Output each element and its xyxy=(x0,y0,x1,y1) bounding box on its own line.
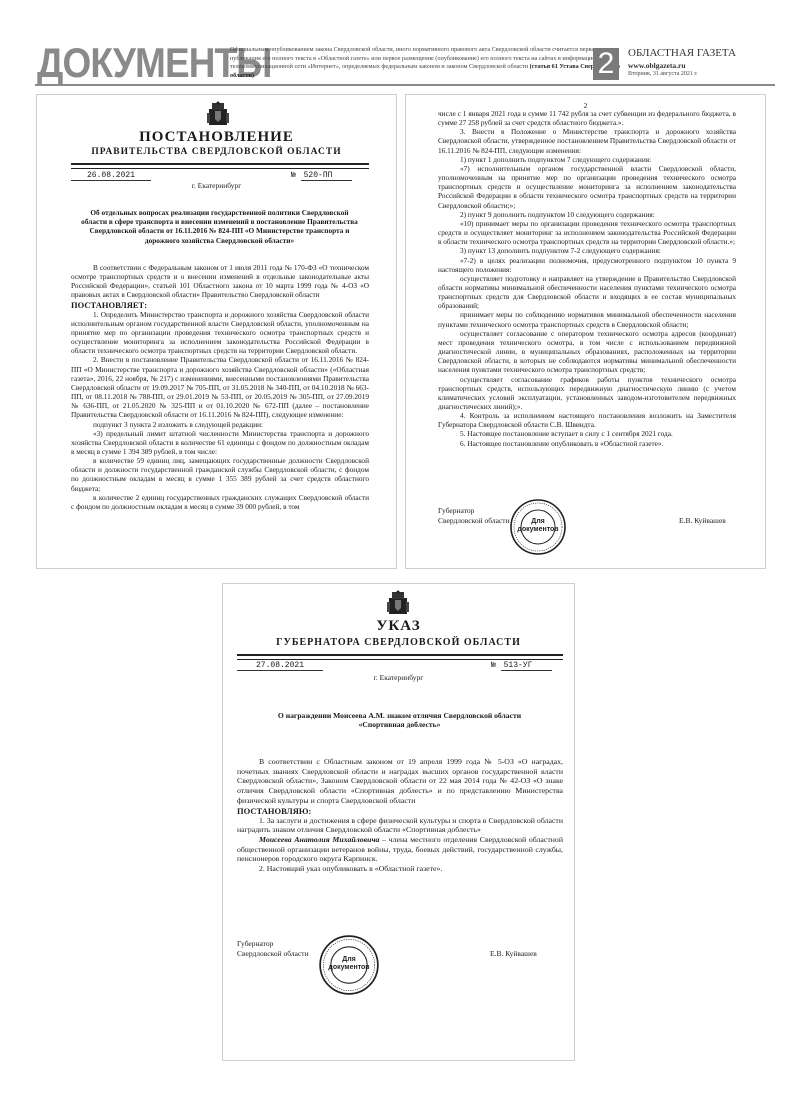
official-stamp: Длядокументов xyxy=(318,934,380,996)
document-kind: УКАЗ xyxy=(223,618,574,635)
document-number: № 513-УГ xyxy=(491,661,552,671)
paragraph: подпункт 3 пункта 2 изложить в следующей… xyxy=(71,420,369,429)
paragraph: 4. Контроль за исполнением настоящего по… xyxy=(438,411,736,429)
resolution-body-part-2: числе с 1 января 2021 года в сумме 11 74… xyxy=(438,109,736,448)
paragraph: 1. Определить Министерство транспорта и … xyxy=(71,310,369,356)
newspaper-website: www.oblgazeta.ru xyxy=(628,61,686,70)
publication-notice: Официальным опубликованием закона Свердл… xyxy=(230,46,625,80)
decree-page: УКАЗ ГУБЕРНАТОРА СВЕРДЛОВСКОЙ ОБЛАСТИ 27… xyxy=(222,583,575,1061)
signer-title: Губернатор Свердловской области xyxy=(438,506,510,525)
paragraph: 2. Внести в постановление Правительства … xyxy=(71,355,369,419)
paragraph: В соответствии с Федеральным законом от … xyxy=(71,263,369,300)
coat-of-arms-icon xyxy=(207,101,229,127)
newspaper-masthead: ДОКУМЕНТЫ Официальным опубликованием зак… xyxy=(35,44,775,84)
paragraph: в количестве 59 единиц лиц, замещающих г… xyxy=(71,456,369,493)
paragraph: 5. Настоящее постановление вступает в си… xyxy=(438,429,736,438)
document-authority: ГУБЕРНАТОРА СВЕРДЛОВСКОЙ ОБЛАСТИ xyxy=(223,637,574,648)
document-authority: ПРАВИТЕЛЬСТВА СВЕРДЛОВСКОЙ ОБЛАСТИ xyxy=(37,147,396,157)
signer-name: Е.В. Куйвашев xyxy=(679,516,726,525)
coat-of-arms-icon xyxy=(387,590,409,616)
paragraph: 2) пункт 9 дополнить подпунктом 10 следу… xyxy=(438,210,736,219)
paragraph: в количестве 2 единиц государственных гр… xyxy=(71,493,369,511)
signer-name: Е.В. Куйвашев xyxy=(490,949,537,958)
paragraph: принимает меры по соблюдению нормативов … xyxy=(438,310,736,328)
document-number: № 520-ПП xyxy=(291,171,352,181)
official-stamp: Длядокументов xyxy=(509,498,567,556)
decree-body: В соответствии с Областным законом от 19… xyxy=(237,757,563,874)
document-title: Об отдельных вопросах реализации государ… xyxy=(77,208,362,245)
paragraph: «3) предельный лимит штатной численности… xyxy=(71,429,369,456)
paragraph: «10) принимает меры по организации прове… xyxy=(438,219,736,246)
resolution-body-part-1: В соответствии с Федеральным законом от … xyxy=(71,263,369,511)
paragraph: «7-2) в целях реализации полномочия, пре… xyxy=(438,256,736,274)
document-kind: ПОСТАНОВЛЕНИЕ xyxy=(37,129,396,146)
issue-date: Вторник, 31 августа 2021 г. xyxy=(628,71,698,77)
paragraph: 6. Настоящее постановление опубликовать … xyxy=(438,439,736,448)
signer-title: Губернатор Свердловской области xyxy=(237,939,309,958)
resolution-page-2: 2 числе с 1 января 2021 года в сумме 11 … xyxy=(405,94,766,569)
header-rule xyxy=(71,163,369,169)
header-rule xyxy=(237,654,563,660)
paragraph: 3. Внести в Положение о Министерстве тра… xyxy=(438,127,736,154)
document-date: 27.08.2021 xyxy=(237,661,323,671)
awardee-name: Моисеева Анатолия Михайловича xyxy=(259,835,379,844)
resolution-page-1: ПОСТАНОВЛЕНИЕ ПРАВИТЕЛЬСТВА СВЕРДЛОВСКОЙ… xyxy=(36,94,397,569)
document-title: О награждении Моисеева А.М. знаком отлич… xyxy=(233,711,566,729)
newspaper-name: ОБЛАСТНАЯ ГАЗЕТА xyxy=(628,47,736,59)
paragraph: «7) исполнительным органом государственн… xyxy=(438,164,736,210)
paragraph: осуществляет подготовку и направляет на … xyxy=(438,274,736,311)
document-date: 26.08.2021 xyxy=(71,171,151,181)
paragraph: ПОСТАНОВЛЯЕТ: xyxy=(71,300,369,310)
paragraph: осуществляет согласование графиков работ… xyxy=(438,375,736,412)
page-number: 2 xyxy=(593,48,619,80)
document-city: г. Екатеринбург xyxy=(37,181,396,190)
document-city: г. Екатеринбург xyxy=(223,673,574,682)
paragraph: осуществляет согласование с оператором т… xyxy=(438,329,736,375)
paragraph: числе с 1 января 2021 года в сумме 11 74… xyxy=(438,109,736,127)
paragraph: 3) пункт 13 дополнить подпунктом 7-2 сле… xyxy=(438,246,736,255)
paragraph: 1) пункт 1 дополнить подпунктом 7 следую… xyxy=(438,155,736,164)
masthead-divider xyxy=(35,84,775,86)
awardee-paragraph: Моисеева Анатолия Михайловича – члена ме… xyxy=(237,835,563,864)
